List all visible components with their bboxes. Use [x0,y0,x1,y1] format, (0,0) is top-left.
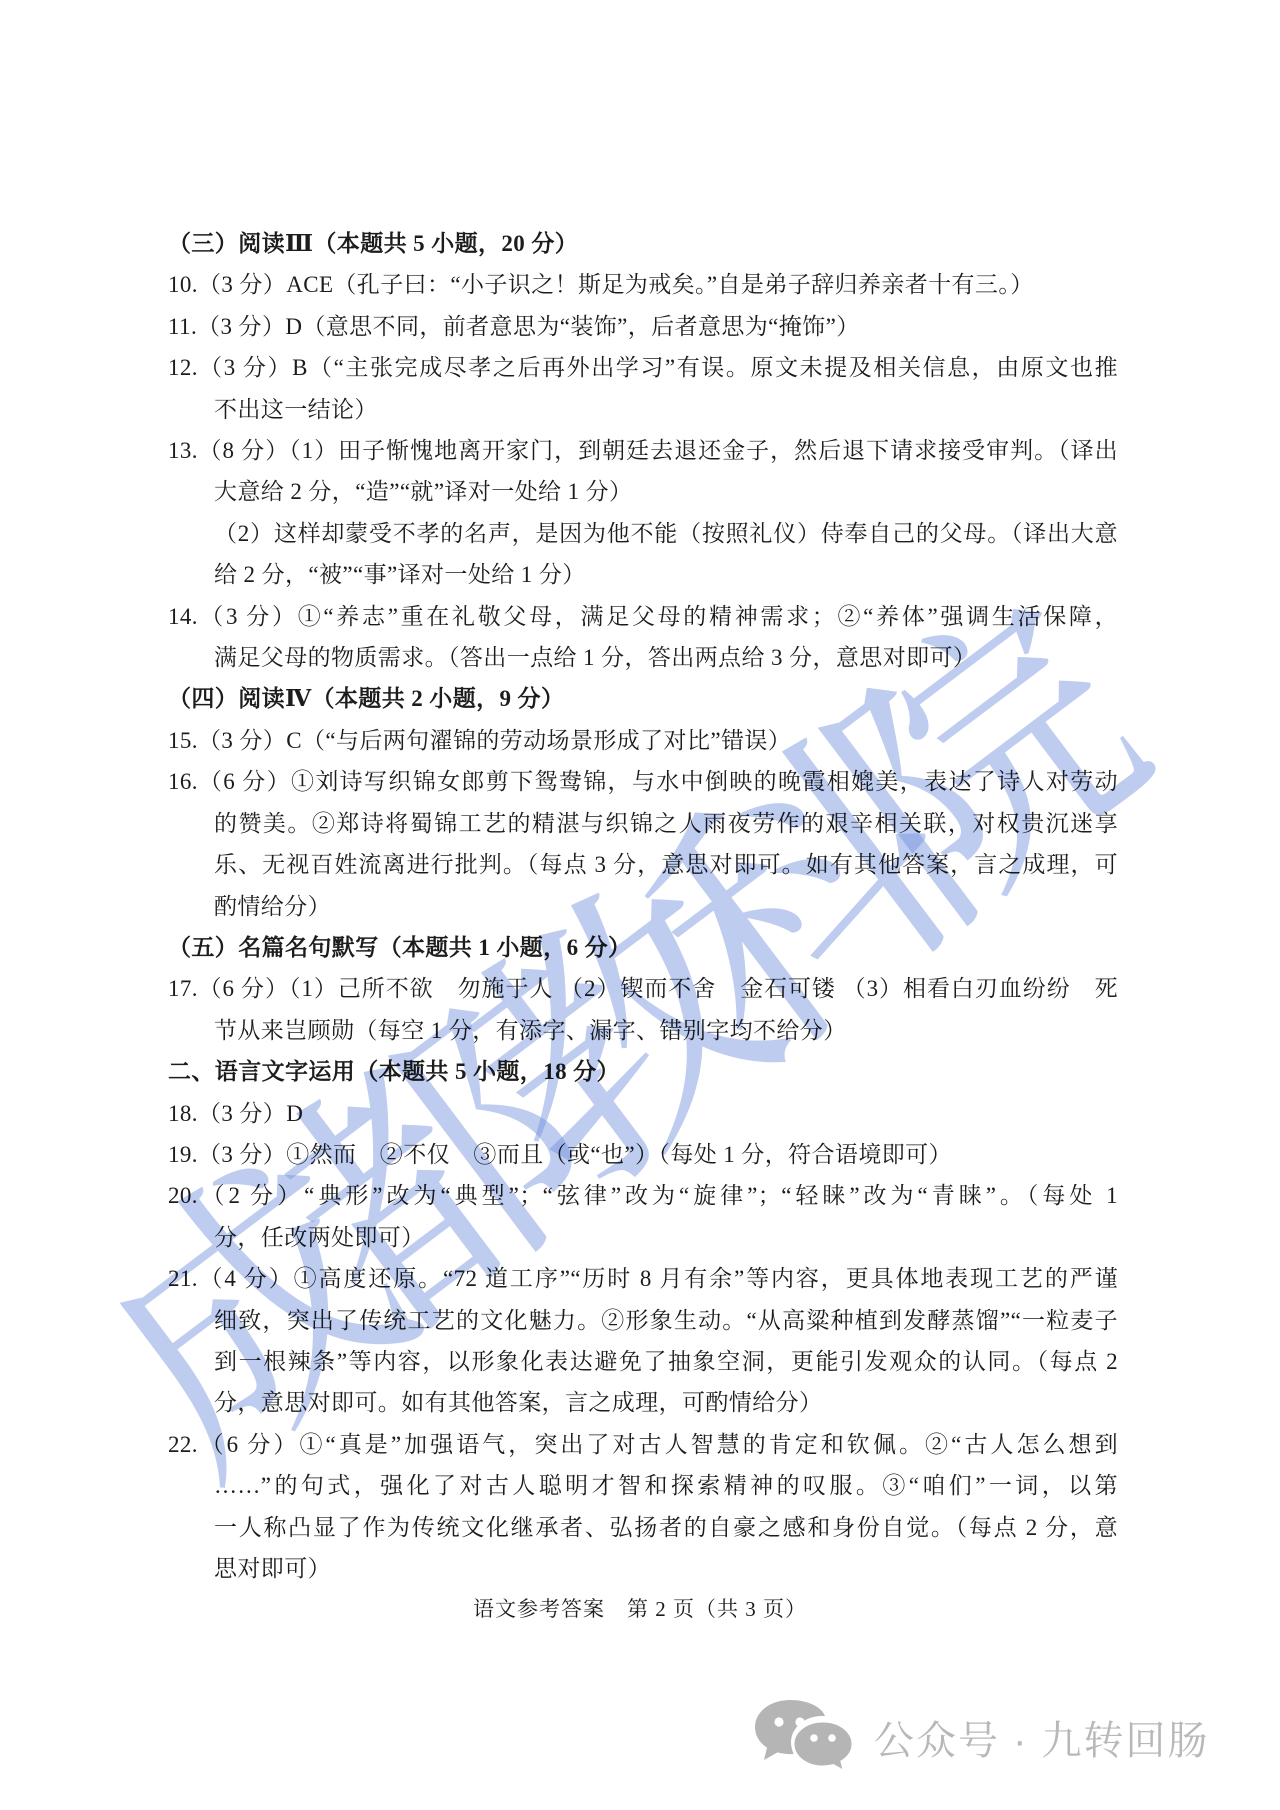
wechat-icon [752,1698,856,1776]
wechat-label: 公众号 · 九转回肠 [874,1709,1210,1766]
text-line: 19.（3 分）①然而 ②不仅 ③而且（或“也”）（每处 1 分，符合语境即可） [168,1134,1118,1175]
text-line: 思对即可） [168,1548,1118,1589]
text-line: 11.（3 分）D（意思不同，前者意思为“装饰”，后者意思为“掩饰”） [168,306,1118,347]
text-line: （五）名篇名句默写（本题共 1 小题，6 分） [168,927,1118,968]
text-line: 细致，突出了传统工艺的文化魅力。②形象生动。“从高粱种植到发酵蒸馏”“一粒麦子 [168,1300,1118,1341]
text-line: 14.（3 分）①“养志”重在礼敬父母，满足父母的精神需求；②“养体”强调生活保… [168,596,1118,637]
text-line: 17.（6 分）（1）己所不欲 勿施于人 （2）锲而不舍 金石可镂 （3）相看白… [168,968,1118,1009]
text-line: （2）这样却蒙受不孝的名声，是因为他不能（按照礼仪）侍奉自己的父母。（译出大意 [168,513,1118,554]
answer-lines: （三）阅读Ⅲ（本题共 5 小题，20 分）10.（3 分）ACE（孔子曰：“小子… [168,223,1118,1589]
text-line: （四）阅读Ⅳ（本题共 2 小题，9 分） [168,678,1118,719]
text-line: 20.（2 分）“典形”改为“典型”；“弦律”改为“旋律”；“轻睐”改为“青睐”… [168,1175,1118,1216]
text-line: 的赞美。②郑诗将蜀锦工艺的精湛与织锦之人雨夜劳作的艰辛相关联，对权贵沉迷享 [168,803,1118,844]
scanned-answer-page: （三）阅读Ⅲ（本题共 5 小题，20 分）10.（3 分）ACE（孔子曰：“小子… [0,0,1280,1810]
wechat-banner: 公众号 · 九转回肠 [752,1698,1210,1776]
text-line: 21.（4 分）①高度还原。“72 道工序”“历时 8 月有余”等内容，更具体地… [168,1258,1118,1299]
text-line: 给 2 分，“被”“事”译对一处给 1 分） [168,554,1118,595]
text-line: ……”的句式，强化了对古人聪明才智和探索精神的叹服。③“咱们”一词，以第 [168,1465,1118,1506]
text-line: 12.（3 分）B（“主张完成尽孝之后再外出学习”有误。原文未提及相关信息，由原… [168,347,1118,388]
text-line: 18.（3 分）D [168,1093,1118,1134]
text-line: 10.（3 分）ACE（孔子曰：“小子识之！斯足为戒矣。”自是弟子辞归养亲者十有… [168,264,1118,305]
text-line: 一人称凸显了作为传统文化继承者、弘扬者的自豪之感和身份自觉。（每点 2 分，意 [168,1507,1118,1548]
text-line: 大意给 2 分，“造”“就”译对一处给 1 分） [168,471,1118,512]
text-line: 15.（3 分）C（“与后两句濯锦的劳动场景形成了对比”错误） [168,720,1118,761]
text-line: 13.（8 分）（1）田子惭愧地离开家门，到朝廷去退还金子，然后退下请求接受审判… [168,430,1118,471]
text-line: 分，任改两处即可） [168,1217,1118,1258]
text-line: 分，意思对即可。如有其他答案，言之成理，可酌情给分） [168,1382,1118,1423]
text-line: 16.（6 分）①刘诗写织锦女郎剪下鸳鸯锦，与水中倒映的晚霞相媲美，表达了诗人对… [168,761,1118,802]
text-line: 节从来岂顾勋（每空 1 分，有添字、漏字、错别字均不给分） [168,1010,1118,1051]
text-line: 酌情给分） [168,886,1118,927]
text-line: 满足父母的物质需求。（答出一点给 1 分，答出两点给 3 分，意思对即可） [168,637,1118,678]
text-line: 到一根辣条”等内容，以形象化表达避免了抽象空洞，更能引发观众的认同。（每点 2 [168,1341,1118,1382]
text-line: 二、语言文字运用（本题共 5 小题，18 分） [168,1051,1118,1092]
text-line: （三）阅读Ⅲ（本题共 5 小题，20 分） [168,223,1118,264]
text-line: 不出这一结论） [168,389,1118,430]
text-line: 22.（6 分）①“真是”加强语气，突出了对古人智慧的肯定和钦佩。②“古人怎么想… [168,1424,1118,1465]
page-footer: 语文参考答案 第 2 页（共 3 页） [0,1593,1280,1623]
text-line: 乐、无视百姓流离进行批判。（每点 3 分，意思对即可。如有其他答案，言之成理，可 [168,844,1118,885]
